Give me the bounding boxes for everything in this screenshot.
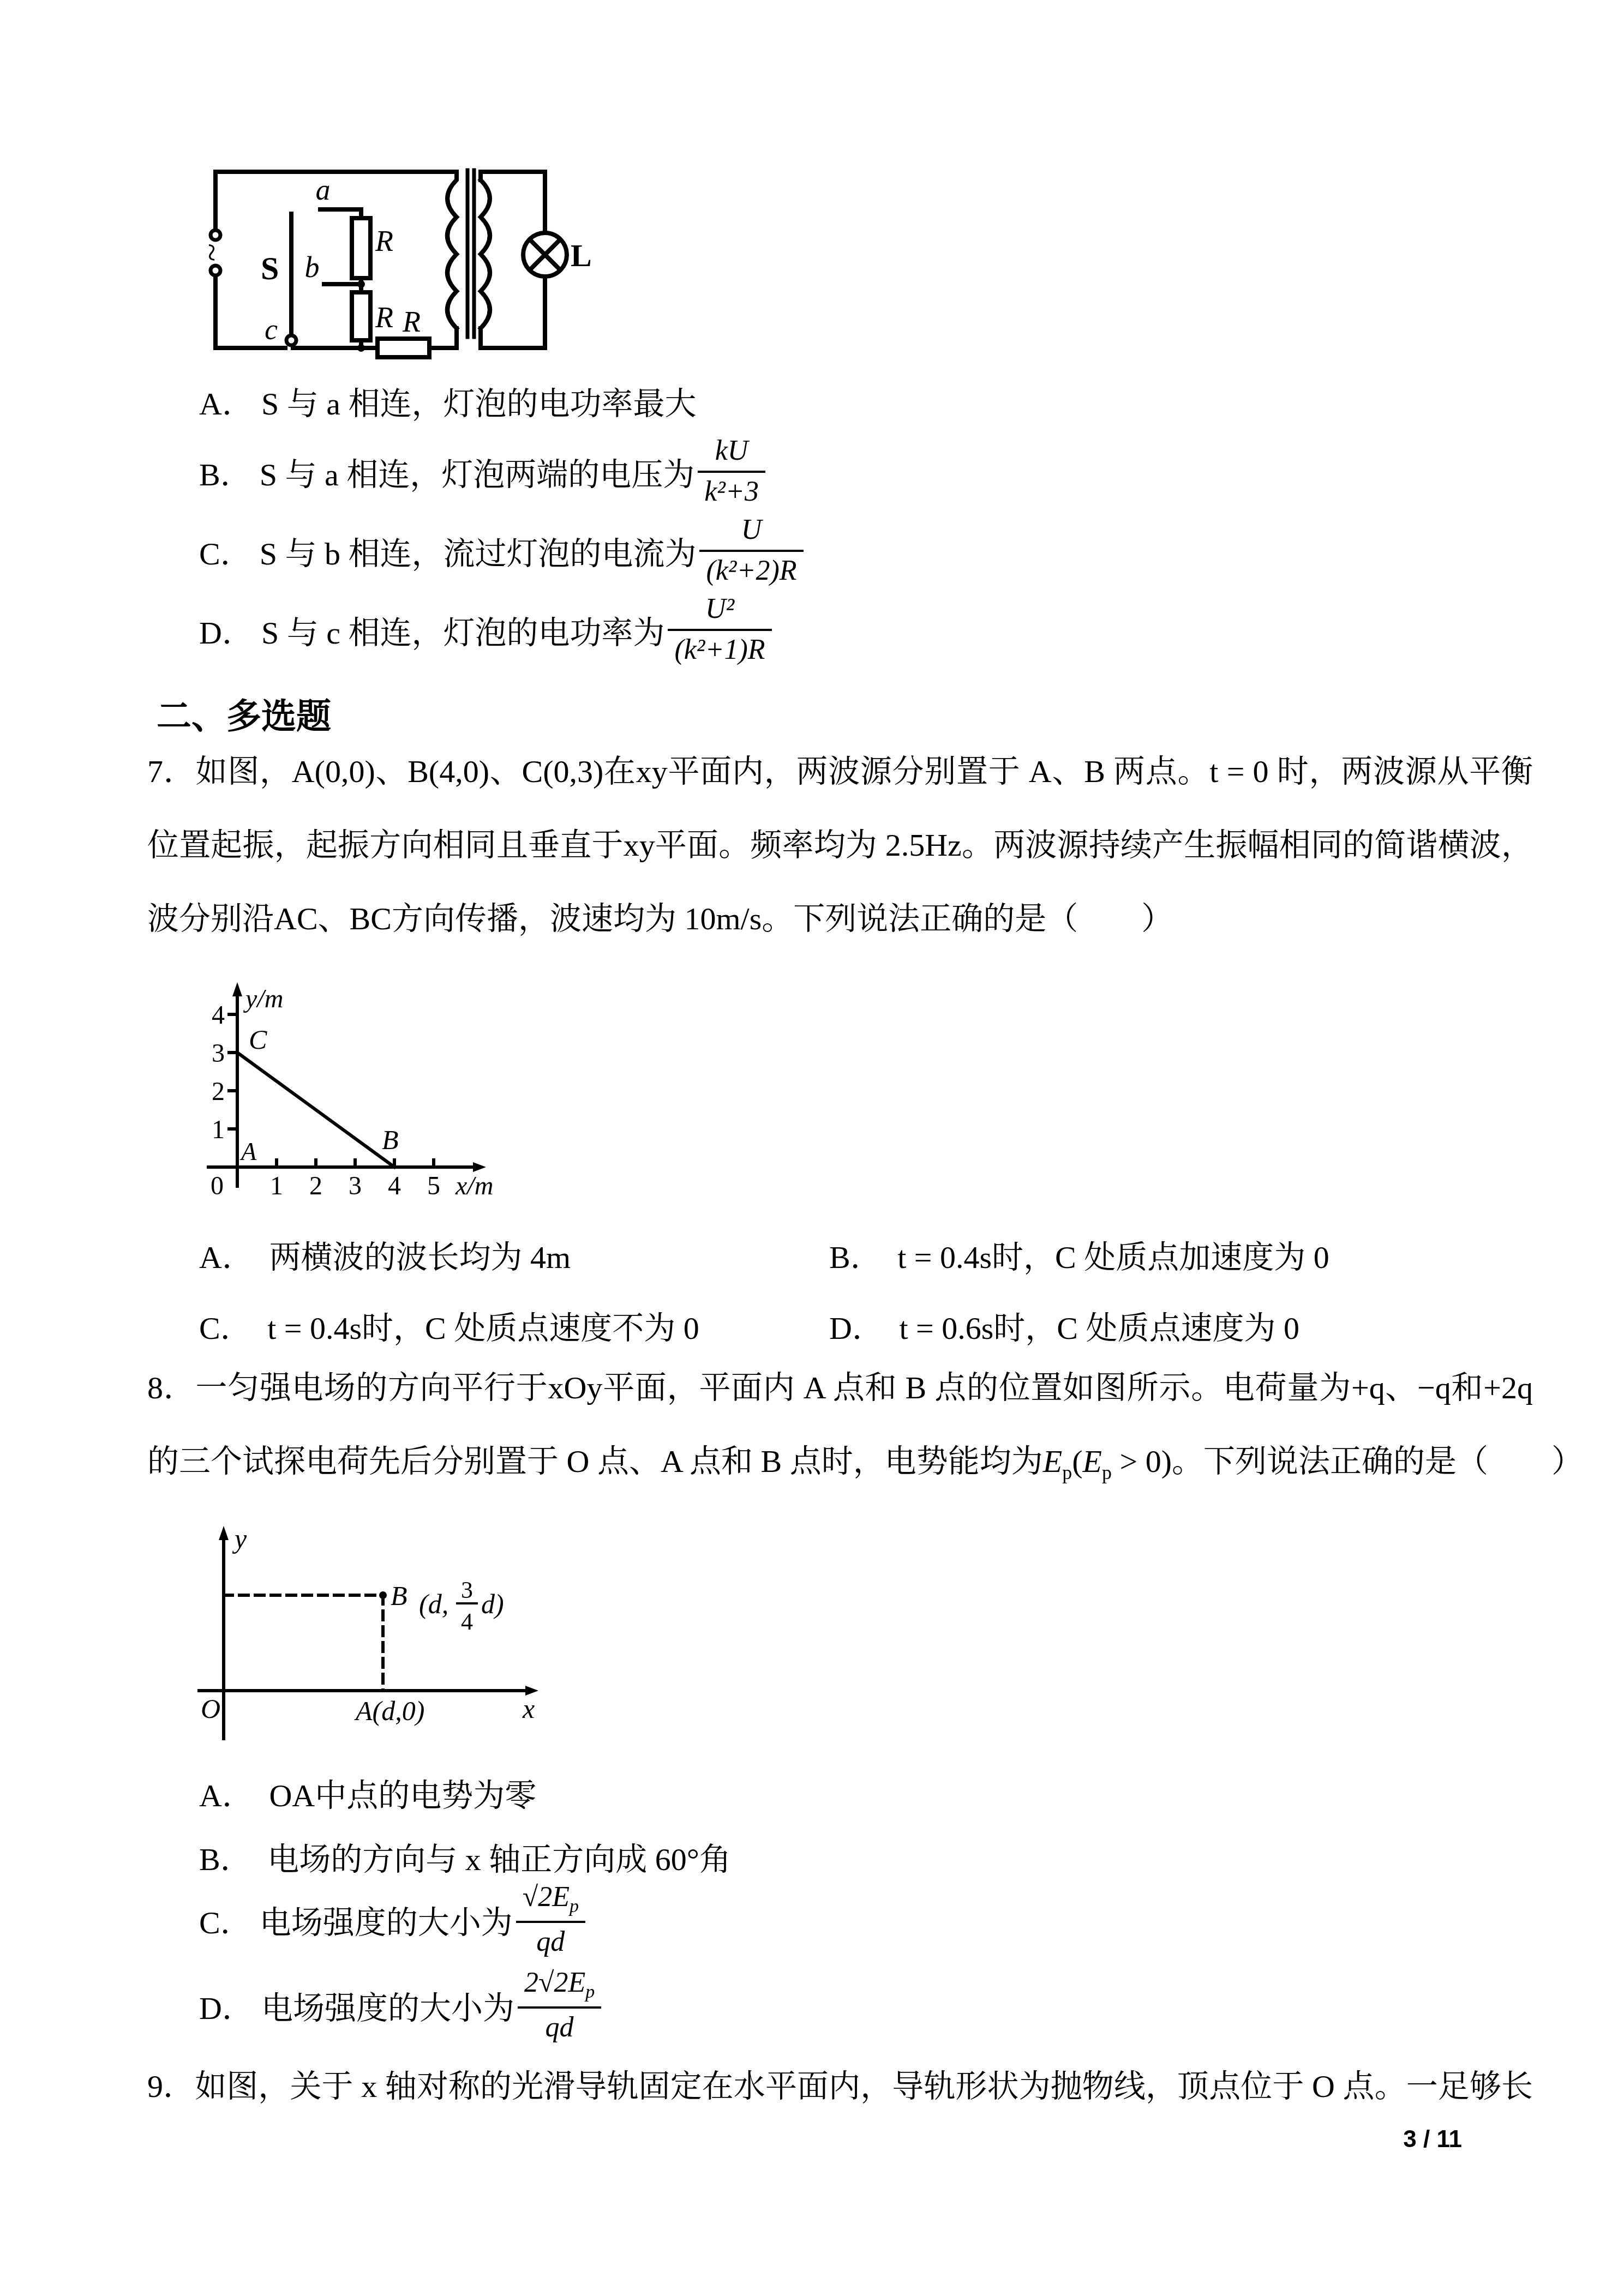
q8-option-d: D． 电场强度的大小为 2√2Ep qd (199, 1962, 601, 2049)
tap-b-label: b (305, 251, 320, 284)
fraction-numerator: U (699, 515, 803, 550)
origin-label: O (201, 1693, 220, 1724)
fraction: 2√2Ep qd (518, 1968, 601, 2043)
option-text: S 与 c 相连，灯泡的电功率为 (261, 607, 665, 653)
fraction-numerator: kU (698, 436, 765, 471)
point-b-label: B (382, 1125, 399, 1155)
option-key: C． (199, 1311, 252, 1346)
q8-line-2-text: 的三个试探电荷先后分别置于 O 点、A 点和 B 点时，电势能均为 (147, 1444, 1043, 1479)
y-axis-arrow (232, 982, 242, 996)
option-text: 电场的方向与 x 轴正方向成 60°角 (267, 1842, 731, 1877)
q9-line-1: 9．如图，关于 x 轴对称的光滑导轨固定在水平面内，导轨形状为抛物线，顶点位于 … (147, 2069, 1533, 2105)
resistor-r2-label: R (375, 301, 393, 334)
resistor-r3-label: R (402, 305, 421, 338)
point-b-coord-pre: (d, (419, 1589, 448, 1619)
option-key: A． (199, 378, 254, 424)
option-text: 两横波的波长均为 4m (269, 1240, 571, 1275)
fraction-denominator: qd (518, 2006, 601, 2043)
junction-dot (357, 344, 365, 352)
option-text: 电场强度的大小为 (261, 1982, 514, 2028)
lamp-label: L (571, 238, 592, 273)
fraction-num-main: 2√2E (524, 1967, 585, 1998)
option-key: D． (829, 1311, 884, 1346)
terminal-icon (211, 230, 220, 240)
x-axis-label: x/m (455, 1171, 493, 1197)
option-key: B． (199, 1842, 252, 1877)
q6-option-b: B． S 与 a 相连，灯泡两端的电压为 kU k²+3 (199, 431, 765, 513)
point-c-label: C (249, 1024, 267, 1055)
option-key: A． (199, 1778, 254, 1813)
field-coordinate-figure: y x O B (d, 3 4 d) A(d,0) (191, 1522, 551, 1745)
q8-line-2-text: > 0)。下列说法正确的是（ ） (1112, 1444, 1583, 1479)
x-tick-label: 2 (309, 1171, 322, 1197)
symbol-ep-sub: p (1062, 1462, 1072, 1483)
point-b-label: B (391, 1580, 408, 1611)
fraction-denominator: qd (516, 1921, 585, 1957)
x-tick-label: 1 (270, 1171, 283, 1197)
resistor-r1-label: R (375, 225, 393, 257)
resistor-r3 (377, 339, 429, 357)
option-key: B． (199, 449, 252, 495)
fraction-denominator: (k²+2)R (699, 550, 803, 586)
fraction-numerator: 2√2Ep (518, 1968, 601, 2006)
circuit-figure: ~ S a b c R R R L (185, 164, 611, 371)
fraction-numerator: √2Ep (516, 1883, 585, 1921)
option-text: t = 0.4s时，C 处质点速度不为 0 (267, 1311, 699, 1346)
q6-option-c: C． S 与 b 相连，流过灯泡的电流为 U (k²+2)R (199, 510, 804, 592)
wave-path-cb (237, 1053, 394, 1167)
q8-line-2: 的三个试探电荷先后分别置于 O 点、A 点和 B 点时，电势能均为Ep(Ep >… (147, 1444, 1583, 1484)
ac-source-label: ~ (193, 243, 230, 262)
lamp-cross (530, 239, 560, 270)
resistor-r1 (352, 218, 370, 278)
q7-option-a: A． 两横波的波长均为 4m (199, 1231, 571, 1277)
exam-paper-page: ~ S a b c R R R L A． S 与 a 相连，灯泡的电功率最大 B… (0, 0, 1624, 2296)
page-number: 3 / 11 (1353, 2126, 1462, 2153)
option-text: t = 0.4s时，C 处质点加速度为 0 (897, 1240, 1329, 1275)
fraction: kU k²+3 (698, 436, 765, 507)
q7-option-b: B． t = 0.4s时，C 处质点加速度为 0 (829, 1231, 1329, 1277)
option-text: S 与 a 相连，灯泡两端的电压为 (260, 449, 695, 495)
tap-a-label: a (316, 173, 331, 206)
transformer-primary-coil (447, 172, 457, 328)
y-axis-label: y (232, 1523, 247, 1554)
switch-contact-icon (286, 335, 296, 345)
point-a-label: A(d,0) (354, 1696, 424, 1726)
point-b-dot (379, 1591, 387, 1599)
q8-option-b: B． 电场的方向与 x 轴正方向成 60°角 (199, 1834, 731, 1879)
q8-option-a: A． OA中点的电势为零 (199, 1770, 536, 1816)
terminal-icon (211, 266, 220, 275)
wave-graph-figure: y/m x/m 0 1 2 3 4 1 2 3 4 5 C A B (185, 968, 502, 1197)
symbol-ep-sub: p (1102, 1462, 1112, 1483)
switch-label: S (261, 250, 279, 286)
q6-option-d: D． S 与 c 相连，灯泡的电功率为 U² (k²+1)R (199, 589, 772, 671)
y-axis-label: y/m (243, 984, 283, 1013)
option-text: S 与 a 相连，灯泡的电功率最大 (261, 378, 697, 424)
option-text: 电场强度的大小为 (260, 1897, 513, 1943)
y-axis-arrow (219, 1526, 229, 1540)
q7-line-2: 位置起振，起振方向相同且垂直于xy平面。频率均为 2.5Hz。两波源持续产生振幅… (147, 827, 1533, 864)
q7-option-c: C． t = 0.4s时，C 处质点速度不为 0 (199, 1302, 699, 1348)
q6-option-a: A． S 与 a 相连，灯泡的电功率最大 (199, 382, 696, 420)
coord-frac-den: 4 (461, 1608, 473, 1635)
option-key: D． (199, 607, 254, 653)
symbol-ep: E (1043, 1444, 1062, 1479)
option-key: D． (199, 1982, 254, 2028)
fraction-num-main: √2E (523, 1882, 570, 1913)
option-text: OA中点的电势为零 (269, 1778, 536, 1813)
option-key: B． (829, 1240, 882, 1275)
option-key: A． (199, 1240, 254, 1275)
option-key: C． (199, 528, 252, 574)
fraction: √2Ep qd (516, 1883, 585, 1957)
x-axis-arrow (473, 1162, 486, 1172)
option-text: S 与 b 相连，流过灯泡的电流为 (260, 528, 697, 574)
tap-c-label: c (265, 313, 278, 346)
fraction: U² (k²+1)R (668, 594, 771, 665)
x-tick-label: 5 (427, 1171, 440, 1197)
x-axis-label: x (522, 1693, 535, 1724)
fraction: U (k²+2)R (699, 515, 803, 586)
y-tick-label: 3 (212, 1039, 225, 1068)
fraction-denominator: (k²+1)R (668, 629, 771, 665)
point-b-coord-post: d) (481, 1589, 504, 1619)
x-tick-label: 3 (349, 1171, 362, 1197)
q8-line-1: 8．一匀强电场的方向平行于xOy平面，平面内 A 点和 B 点的位置如图所示。电… (147, 1370, 1533, 1407)
symbol-ep: E (1083, 1444, 1102, 1479)
q7-line-1: 7．如图，A(0,0)、B(4,0)、C(0,3)在xy平面内，两波源分别置于 … (147, 754, 1533, 790)
q7-option-d: D． t = 0.6s时，C 处质点速度为 0 (829, 1302, 1299, 1348)
origin-label: 0 (211, 1171, 224, 1197)
y-tick-label: 2 (212, 1077, 225, 1106)
fraction-num-sub: p (570, 1896, 579, 1916)
section-title: 二、多选题 (157, 688, 331, 738)
x-tick-label: 4 (388, 1171, 401, 1197)
coord-frac-num: 3 (461, 1577, 473, 1603)
y-tick-label: 4 (212, 1001, 225, 1030)
q7-line-3: 波分别沿AC、BC方向传播，波速均为 10m/s。下列说法正确的是（ ） (147, 901, 1173, 937)
q8-line-2-text: ( (1072, 1444, 1082, 1479)
fraction-numerator: U² (668, 594, 771, 629)
fraction-num-sub: p (585, 1982, 595, 2002)
resistor-r2 (352, 292, 370, 340)
wire (429, 328, 457, 348)
option-text: t = 0.6s时，C 处质点速度为 0 (899, 1311, 1299, 1346)
junction-dot (357, 280, 365, 288)
point-a-label: A (239, 1138, 257, 1165)
fraction-denominator: k²+3 (698, 471, 765, 507)
q8-option-c: C． 电场强度的大小为 √2Ep qd (199, 1879, 585, 1961)
option-key: C． (199, 1897, 252, 1943)
y-tick-label: 1 (212, 1115, 225, 1144)
transformer-secondary-coil (481, 180, 490, 328)
